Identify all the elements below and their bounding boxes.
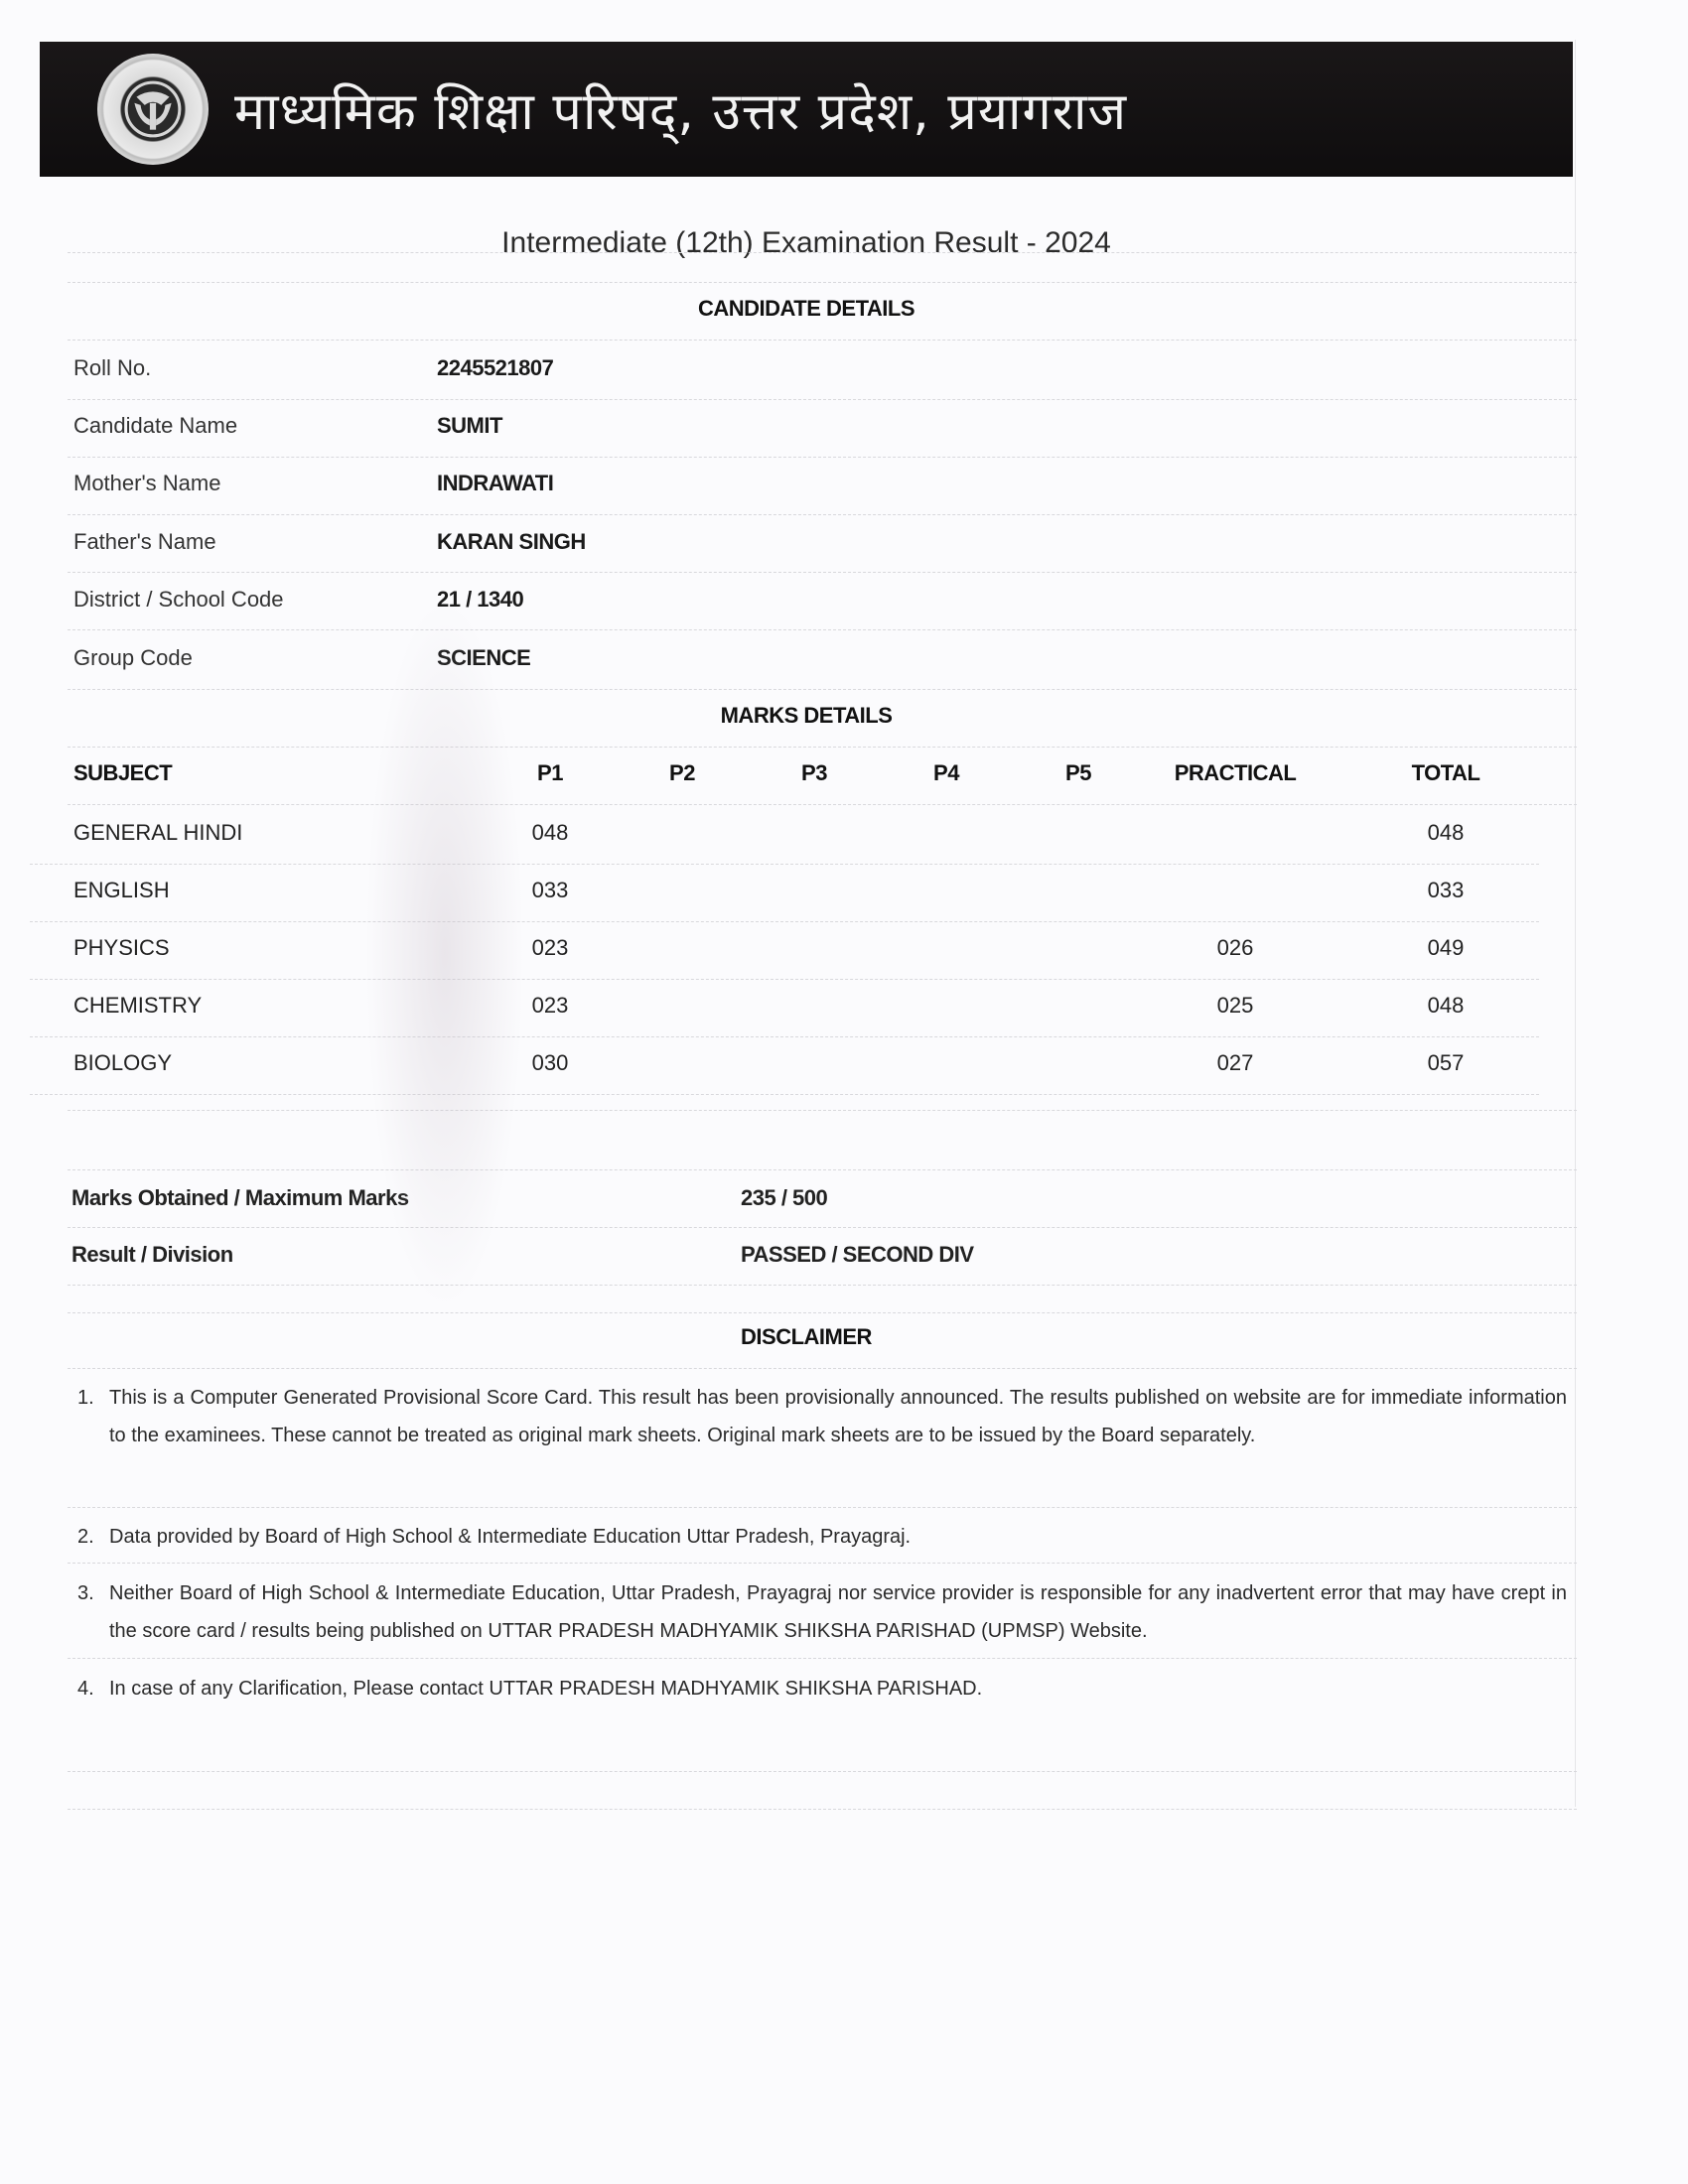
divider	[68, 572, 1577, 573]
cell-subject: ENGLISH	[73, 878, 170, 903]
field-label: Candidate Name	[73, 413, 237, 439]
disclaimer-number: 2.	[77, 1518, 94, 1556]
field-value: KARAN SINGH	[437, 529, 586, 555]
col-header-total: TOTAL	[1396, 760, 1495, 786]
cell-total: 049	[1396, 935, 1495, 961]
disclaimer-number: 4.	[77, 1670, 94, 1707]
result-division-label: Result / Division	[71, 1242, 233, 1268]
divider	[68, 282, 1577, 283]
disclaimer-text: This is a Computer Generated Provisional…	[109, 1379, 1567, 1454]
divider	[68, 399, 1577, 400]
result-division-row: Result / Division PASSED / SECOND DIV	[71, 1242, 1561, 1282]
col-header-p2: P2	[652, 760, 712, 786]
col-header-subject: SUBJECT	[73, 760, 172, 786]
cell-p1: 048	[520, 820, 580, 846]
candidate-row-district-school: District / School Code 21 / 1340	[73, 587, 1563, 626]
divider	[30, 921, 1539, 922]
marks-details-heading: MARKS DETAILS	[38, 703, 1575, 729]
field-value: SCIENCE	[437, 645, 530, 671]
cell-subject: CHEMISTRY	[73, 993, 202, 1019]
field-label: Mother's Name	[73, 471, 220, 496]
divider	[68, 457, 1577, 458]
divider	[68, 1312, 1577, 1313]
divider	[68, 1507, 1577, 1508]
disclaimer-text: In case of any Clarification, Please con…	[109, 1670, 1567, 1707]
exam-title: Intermediate (12th) Examination Result -…	[38, 226, 1575, 260]
field-label: Father's Name	[73, 529, 216, 555]
marks-row: PHYSICS023026049	[73, 935, 1563, 975]
divider	[68, 1809, 1577, 1810]
cell-subject: GENERAL HINDI	[73, 820, 242, 846]
divider	[30, 1094, 1539, 1095]
cell-subject: BIOLOGY	[73, 1050, 172, 1076]
disclaimer-heading: DISCLAIMER	[38, 1324, 1575, 1350]
cell-p1: 023	[520, 935, 580, 961]
marks-row: GENERAL HINDI048048	[73, 820, 1563, 860]
candidate-row-name: Candidate Name SUMIT	[73, 413, 1563, 453]
cell-practical: 027	[1156, 1050, 1315, 1076]
field-value: 2245521807	[437, 355, 553, 381]
divider	[68, 252, 1577, 253]
divider	[68, 514, 1577, 515]
divider	[30, 979, 1539, 980]
field-value: 21 / 1340	[437, 587, 523, 613]
field-label: Group Code	[73, 645, 193, 671]
marks-row: BIOLOGY030027057	[73, 1050, 1563, 1090]
candidate-row-mother-name: Mother's Name INDRAWATI	[73, 471, 1563, 510]
up-emblem-icon	[97, 54, 209, 165]
cell-p1: 030	[520, 1050, 580, 1076]
divider	[68, 689, 1577, 690]
cell-practical: 026	[1156, 935, 1315, 961]
col-header-practical: PRACTICAL	[1156, 760, 1315, 786]
col-header-p5: P5	[1049, 760, 1108, 786]
divider	[30, 1036, 1539, 1037]
divider	[68, 747, 1577, 748]
disclaimer-item: 4. In case of any Clarification, Please …	[77, 1670, 1567, 1707]
col-header-p1: P1	[520, 760, 580, 786]
header-banner: माध्यमिक शिक्षा परिषद्, उत्तर प्रदेश, प्…	[40, 42, 1573, 177]
cell-total: 057	[1396, 1050, 1495, 1076]
divider	[68, 1227, 1577, 1228]
divider	[68, 629, 1577, 630]
col-header-p4: P4	[916, 760, 976, 786]
cell-subject: PHYSICS	[73, 935, 170, 961]
divider	[68, 1563, 1577, 1564]
disclaimer-text: Data provided by Board of High School & …	[109, 1518, 1567, 1556]
col-header-p3: P3	[784, 760, 844, 786]
divider	[68, 340, 1577, 341]
cell-total: 048	[1396, 820, 1495, 846]
divider	[68, 1285, 1577, 1286]
field-label: Roll No.	[73, 355, 151, 381]
candidate-row-group-code: Group Code SCIENCE	[73, 645, 1563, 685]
field-value: INDRAWATI	[437, 471, 553, 496]
marks-obtained-label: Marks Obtained / Maximum Marks	[71, 1185, 409, 1211]
divider	[68, 1368, 1577, 1369]
marks-obtained-row: Marks Obtained / Maximum Marks 235 / 500	[71, 1185, 1561, 1225]
divider	[68, 1658, 1577, 1659]
divider	[68, 1771, 1577, 1772]
divider	[30, 864, 1539, 865]
marks-row: ENGLISH033033	[73, 878, 1563, 917]
result-division-value: PASSED / SECOND DIV	[741, 1242, 974, 1268]
field-value: SUMIT	[437, 413, 502, 439]
divider	[68, 1110, 1577, 1111]
candidate-details-heading: CANDIDATE DETAILS	[38, 296, 1575, 322]
marks-obtained-value: 235 / 500	[741, 1185, 827, 1211]
result-sheet: माध्यमिक शिक्षा परिषद्, उत्तर प्रदेश, प्…	[38, 40, 1576, 1807]
cell-total: 033	[1396, 878, 1495, 903]
disclaimer-text: Neither Board of High School & Intermedi…	[109, 1574, 1567, 1650]
disclaimer-item: 3. Neither Board of High School & Interm…	[77, 1574, 1567, 1650]
cell-total: 048	[1396, 993, 1495, 1019]
divider	[68, 1169, 1577, 1170]
disclaimer-number: 1.	[77, 1379, 94, 1417]
marks-header-row: SUBJECT P1 P2 P3 P4 P5 PRACTICAL TOTAL	[73, 760, 1563, 800]
candidate-row-father-name: Father's Name KARAN SINGH	[73, 529, 1563, 569]
board-name-hindi: माध्यमिक शिक्षा परिषद्, उत्तर प्रदेश, प्…	[234, 74, 1127, 145]
cell-p1: 023	[520, 993, 580, 1019]
marks-row: CHEMISTRY023025048	[73, 993, 1563, 1032]
cell-p1: 033	[520, 878, 580, 903]
disclaimer-item: 1. This is a Computer Generated Provisio…	[77, 1379, 1567, 1454]
field-label: District / School Code	[73, 587, 284, 613]
cell-practical: 025	[1156, 993, 1315, 1019]
disclaimer-number: 3.	[77, 1574, 94, 1612]
candidate-row-roll-no: Roll No. 2245521807	[73, 355, 1563, 395]
divider	[68, 804, 1577, 805]
disclaimer-item: 2. Data provided by Board of High School…	[77, 1518, 1567, 1556]
emblem-symbol-icon	[122, 78, 184, 140]
